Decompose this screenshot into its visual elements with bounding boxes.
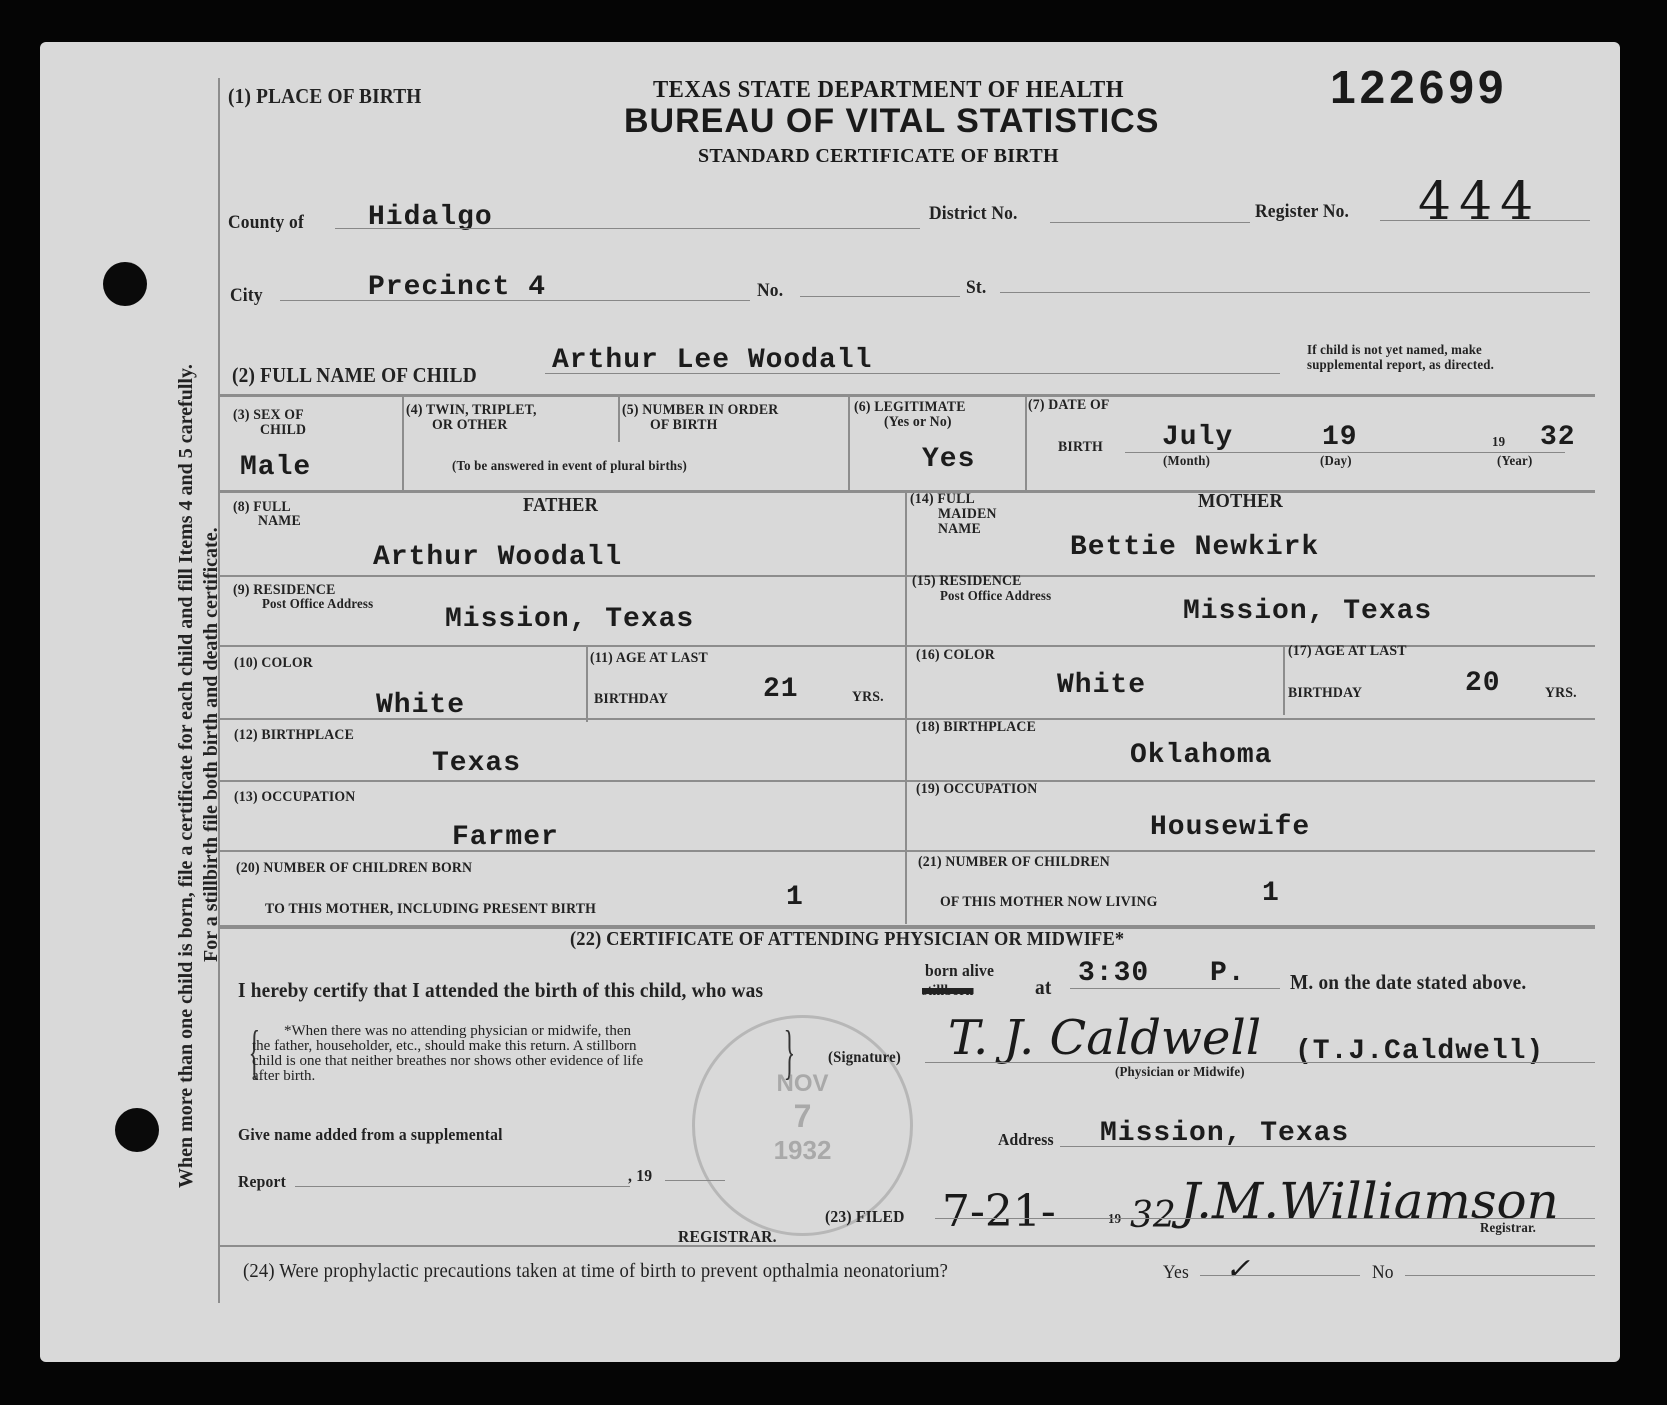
child-name-note-1: If child is not yet named, make bbox=[1307, 344, 1482, 358]
signature-label: (Signature) bbox=[828, 1050, 901, 1065]
bureau-title: BUREAU OF VITAL STATISTICS bbox=[624, 102, 1159, 141]
children-living-label-1: (21) NUMBER OF CHILDREN bbox=[918, 855, 1110, 870]
certify-text: I hereby certify that I attended the bir… bbox=[238, 978, 763, 1003]
mother-age-label-1: (17) AGE AT LAST bbox=[1288, 644, 1407, 659]
prophylactic-yes-mark: ✓ bbox=[1225, 1252, 1250, 1287]
mother-yrs-label: YRS. bbox=[1545, 686, 1577, 701]
physician-address-value: Mission, Texas bbox=[1100, 1118, 1349, 1149]
filed-label: (23) FILED bbox=[825, 1207, 905, 1227]
footnote-line-2: the father, householder, etc., should ma… bbox=[252, 1039, 637, 1054]
child-name-value: Arthur Lee Woodall bbox=[552, 345, 872, 376]
mother-age-value: 20 bbox=[1465, 668, 1501, 699]
prophylactic-yes-label: Yes bbox=[1163, 1262, 1189, 1284]
birth-year-value: 32 bbox=[1540, 422, 1576, 453]
footnote-line-3: child is one that neither breathes nor s… bbox=[252, 1054, 643, 1069]
am-pm-value: P. bbox=[1210, 958, 1246, 989]
father-occupation-value: Farmer bbox=[452, 822, 559, 853]
register-value: 444 bbox=[1418, 172, 1541, 232]
street-number-label: No. bbox=[757, 280, 783, 302]
mother-name-label-1: (14) FULL bbox=[910, 492, 975, 507]
stamp-day: 7 bbox=[695, 1098, 910, 1135]
legitimate-value: Yes bbox=[922, 444, 975, 475]
mother-residence-value: Mission, Texas bbox=[1183, 596, 1432, 627]
county-label: County of bbox=[228, 212, 304, 234]
children-born-label-1: (20) NUMBER OF CHILDREN BORN bbox=[236, 861, 472, 876]
child-name-label: (2) FULL NAME OF CHILD bbox=[232, 363, 477, 388]
day-label: (Day) bbox=[1320, 455, 1352, 469]
plural-births-note: (To be answered in event of plural birth… bbox=[452, 460, 687, 474]
children-living-value: 1 bbox=[1262, 878, 1280, 909]
address-label: Address bbox=[998, 1130, 1054, 1150]
filed-date-value: 7-21- bbox=[942, 1186, 1056, 1237]
month-label: (Month) bbox=[1163, 455, 1210, 469]
punch-hole-bottom bbox=[115, 1108, 159, 1152]
at-label: at bbox=[1035, 975, 1051, 1000]
dob-label-1: (7) DATE OF bbox=[1028, 398, 1110, 413]
mother-birthplace-label: (18) BIRTHPLACE bbox=[916, 720, 1036, 735]
father-age-label-2: BIRTHDAY bbox=[594, 692, 668, 707]
father-residence-sub: Post Office Address bbox=[262, 598, 373, 612]
supplemental-label: Give name added from a supplemental bbox=[238, 1125, 503, 1145]
father-birthplace-value: Texas bbox=[432, 748, 521, 779]
prophylactic-no-label: No bbox=[1372, 1262, 1394, 1284]
place-of-birth-label: (1) PLACE OF BIRTH bbox=[228, 84, 422, 109]
punch-hole-top bbox=[103, 262, 147, 306]
physician-signature: T. J. Caldwell bbox=[948, 1010, 1261, 1066]
supplemental-registrar-label: REGISTRAR. bbox=[678, 1227, 777, 1247]
report-label: Report bbox=[238, 1172, 286, 1192]
order-label-1: (5) NUMBER IN ORDER bbox=[622, 403, 778, 418]
father-color-value: White bbox=[376, 690, 465, 721]
birth-day-value: 19 bbox=[1322, 422, 1358, 453]
born-alive-text: born alive bbox=[925, 963, 994, 978]
sex-label-2: CHILD bbox=[260, 423, 306, 438]
prophylactic-question: (24) Were prophylactic precautions taken… bbox=[243, 1260, 948, 1283]
form-title: STANDARD CERTIFICATE OF BIRTH bbox=[698, 145, 1059, 168]
children-living-label-2: OF THIS MOTHER NOW LIVING bbox=[940, 895, 1158, 910]
mother-heading: MOTHER bbox=[1198, 490, 1283, 513]
signature-sub-label: (Physician or Midwife) bbox=[1115, 1066, 1245, 1080]
mother-color-label: (16) COLOR bbox=[916, 648, 995, 663]
father-yrs-label: YRS. bbox=[852, 690, 884, 705]
legitimate-label-2: (Yes or No) bbox=[884, 415, 952, 430]
father-residence-label: (9) RESIDENCE bbox=[233, 583, 335, 598]
year-label: (Year) bbox=[1497, 455, 1532, 469]
father-birthplace-label: (12) BIRTHPLACE bbox=[234, 728, 354, 743]
mother-name-label-3: NAME bbox=[938, 522, 981, 537]
street-label: St. bbox=[966, 277, 986, 299]
mother-name-value: Bettie Newkirk bbox=[1070, 532, 1319, 563]
mother-occupation-label: (19) OCCUPATION bbox=[916, 782, 1037, 797]
father-occupation-label: (13) OCCUPATION bbox=[234, 790, 355, 805]
physician-heading: (22) CERTIFICATE OF ATTENDING PHYSICIAN … bbox=[570, 928, 1124, 951]
order-label-2: OF BIRTH bbox=[650, 418, 718, 433]
birth-month-value: July bbox=[1162, 422, 1233, 453]
filed-year-value: 32 bbox=[1130, 1195, 1176, 1236]
certificate-number: 122699 bbox=[1330, 60, 1508, 114]
mother-age-label-2: BIRTHDAY bbox=[1288, 686, 1362, 701]
city-label: City bbox=[230, 285, 263, 307]
filed-year-prefix: 19 bbox=[1108, 1213, 1121, 1227]
mother-occupation-value: Housewife bbox=[1150, 812, 1310, 843]
father-residence-value: Mission, Texas bbox=[445, 604, 694, 635]
stillborn-struck: stillborn bbox=[922, 984, 974, 999]
footnote-line-4: after birth. bbox=[252, 1069, 315, 1084]
mother-name-label-2: MAIDEN bbox=[938, 507, 997, 522]
side-note-line1: When more than one child is born, file a… bbox=[175, 364, 198, 1188]
margin-rule bbox=[218, 78, 220, 1303]
city-value: Precinct 4 bbox=[368, 272, 546, 303]
birth-time-value: 3:30 bbox=[1078, 958, 1149, 989]
mother-residence-sub: Post Office Address bbox=[940, 590, 1051, 604]
child-name-note-2: supplemental report, as directed. bbox=[1307, 359, 1494, 373]
mother-residence-label: (15) RESIDENCE bbox=[912, 574, 1022, 589]
sex-value: Male bbox=[240, 452, 311, 483]
stamp-month: NOV bbox=[695, 1070, 910, 1098]
father-heading: FATHER bbox=[523, 494, 598, 517]
father-age-label-1: (11) AGE AT LAST bbox=[590, 651, 708, 666]
filed-registrar-label: Registrar. bbox=[1480, 1222, 1536, 1236]
twin-label-2: OR OTHER bbox=[432, 418, 507, 433]
mother-birthplace-value: Oklahoma bbox=[1130, 740, 1272, 771]
father-color-label: (10) COLOR bbox=[234, 656, 313, 671]
legitimate-label-1: (6) LEGITIMATE bbox=[854, 400, 966, 415]
department-title: TEXAS STATE DEPARTMENT OF HEALTH bbox=[653, 77, 1124, 104]
mother-color-value: White bbox=[1057, 670, 1146, 701]
district-label: District No. bbox=[929, 203, 1018, 225]
sex-label-1: (3) SEX OF bbox=[233, 408, 304, 423]
father-name-value: Arthur Woodall bbox=[373, 542, 622, 573]
father-age-value: 21 bbox=[763, 674, 799, 705]
twin-label-1: (4) TWIN, TRIPLET, bbox=[406, 403, 537, 418]
children-born-value: 1 bbox=[786, 882, 804, 913]
register-label: Register No. bbox=[1255, 201, 1349, 223]
dob-label-2: BIRTH bbox=[1058, 440, 1103, 455]
birth-year-prefix: 19 bbox=[1492, 436, 1505, 450]
footnote-line-1: *When there was no attending physician o… bbox=[284, 1024, 631, 1039]
father-name-label-2: NAME bbox=[258, 514, 301, 529]
children-born-label-2: TO THIS MOTHER, INCLUDING PRESENT BIRTH bbox=[265, 902, 596, 917]
after-time-text: M. on the date stated above. bbox=[1290, 970, 1526, 995]
stamp-year: 1932 bbox=[695, 1135, 910, 1166]
report-year-prefix: , 19 bbox=[628, 1166, 652, 1186]
